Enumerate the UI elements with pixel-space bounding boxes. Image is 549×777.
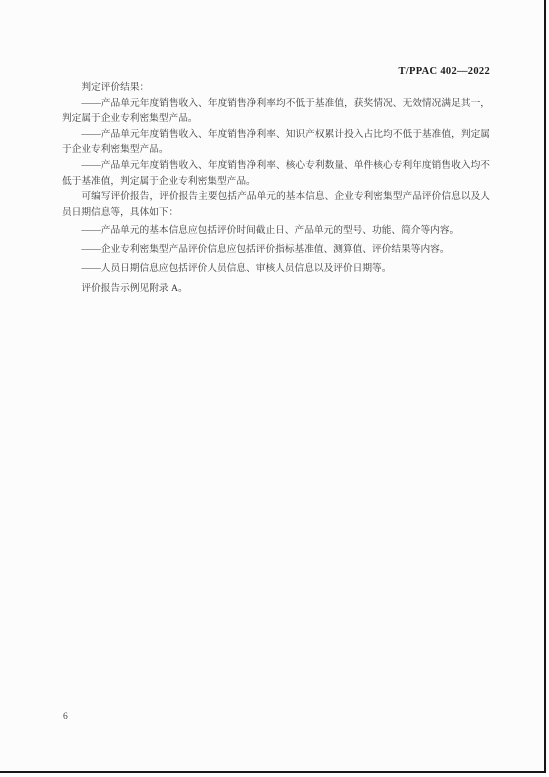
document-page: T/PPAC 402—2022 判定评价结果： ——产品单元年度销售收入、年度销… <box>0 0 549 777</box>
bullet-item: ——产品单元的基本信息应包括评价时间截止日、产品单元的型号、功能、简介等内容。 <box>62 223 490 239</box>
bullet-item: ——产品单元年度销售收入、年度销售净利率均不低于基准值，获奖情况、无效情况满足其… <box>62 96 490 127</box>
page-edge-right-line <box>544 0 546 773</box>
page-edge-bottom-line <box>0 771 546 773</box>
bullet-item: ——人员日期信息应包括评价人员信息、审核人员信息以及评价日期等。 <box>62 261 490 277</box>
para-appendix-note: 评价报告示例见附录 A。 <box>62 281 490 297</box>
standard-code-header: T/PPAC 402—2022 <box>62 66 490 77</box>
para-report-overview: 可编写评价报告，评价报告主要包括产品单元的基本信息、企业专利密集型产品评价信息以… <box>62 189 490 220</box>
bullet-item: ——企业专利密集型产品评价信息应包括评价指标基准值、测算值、评价结果等内容。 <box>62 242 490 258</box>
bullet-item: ——产品单元年度销售收入、年度销售净利率、核心专利数量、单件核心专利年度销售收入… <box>62 158 490 189</box>
report-bullet-list: ——产品单元的基本信息应包括评价时间截止日、产品单元的型号、功能、简介等内容。—… <box>62 223 490 276</box>
para-judgement-intro: 判定评价结果： <box>62 80 490 96</box>
bullet-item: ——产品单元年度销售收入、年度销售净利率、知识产权累计投入占比均不低于基准值，判… <box>62 127 490 158</box>
result-bullet-list: ——产品单元年度销售收入、年度销售净利率均不低于基准值，获奖情况、无效情况满足其… <box>62 96 490 190</box>
page-number: 6 <box>63 712 68 722</box>
page-body: 判定评价结果： ——产品单元年度销售收入、年度销售净利率均不低于基准值，获奖情况… <box>62 80 490 297</box>
